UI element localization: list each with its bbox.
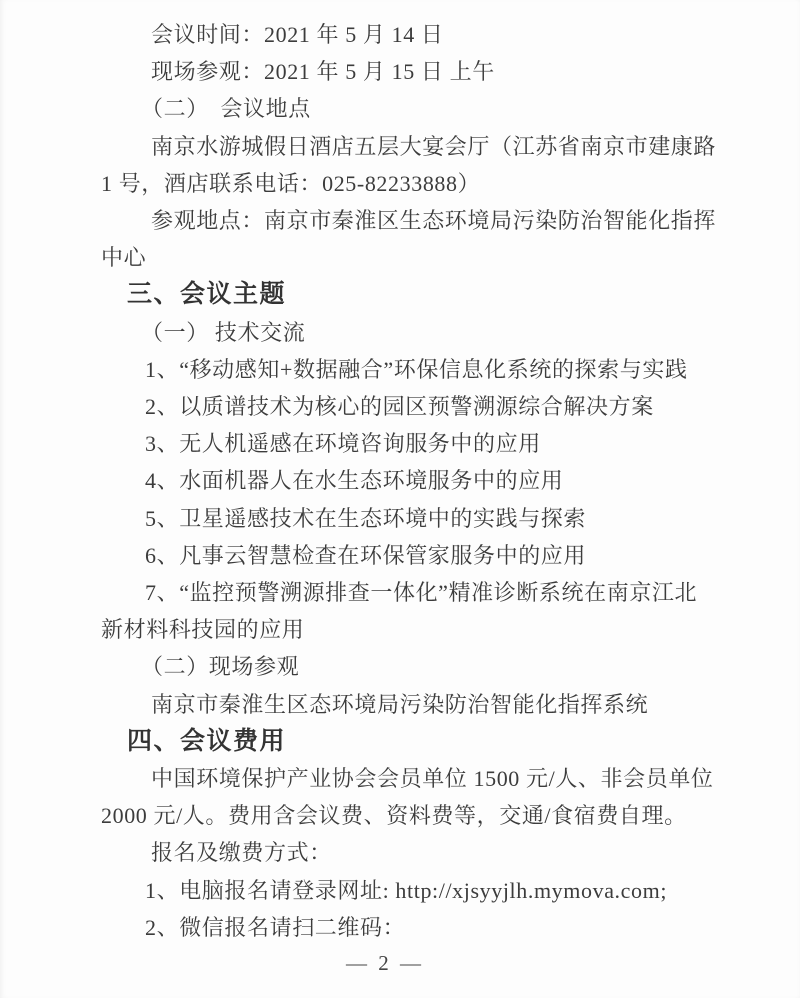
fees-line-1: 中国环境保护产业协会会员单位 1500 元/人、非会员单位 bbox=[101, 760, 770, 797]
page-number: — 2 — bbox=[0, 948, 785, 978]
registration-item-wechat: 2、微信报名请扫二维码： bbox=[101, 909, 770, 946]
registration-item-web: 1、电脑报名请登录网址: http://xjsyyjlh.mymova.com; bbox=[101, 872, 770, 909]
fees-section-heading: 四、会议费用 bbox=[101, 723, 770, 760]
topics-section-heading: 三、会议主题 bbox=[101, 276, 770, 313]
topic-item-4: 4、水面机器人在水生态环境服务中的应用 bbox=[101, 462, 770, 499]
visit-location-line-1: 参观地点：南京市秦淮区生态环境局污染防治智能化指挥 bbox=[101, 202, 770, 239]
fees-line-2: 2000 元/人。费用含会议费、资料费等，交通/食宿费自理。 bbox=[101, 797, 770, 834]
site-visit-target-line: 南京市秦淮生区态环境局污染防治智能化指挥系统 bbox=[101, 686, 770, 723]
venue-line-2: 1 号，酒店联系电话：025-82233888） bbox=[101, 165, 770, 202]
tech-exchange-subheading: （一） 技术交流 bbox=[101, 314, 770, 351]
topic-item-3: 3、无人机遥感在环境咨询服务中的应用 bbox=[101, 425, 770, 462]
site-visit-time-line: 现场参观：2021 年 5 月 15 日 上午 bbox=[101, 53, 770, 90]
venue-line-1: 南京水游城假日酒店五层大宴会厅（江苏省南京市建康路 bbox=[101, 128, 770, 165]
topic-item-7-line-1: 7、“监控预警溯源排查一体化”精准诊断系统在南京江北 bbox=[101, 574, 770, 611]
site-visit-subheading: （二）现场参观 bbox=[101, 648, 770, 685]
document-body: 会议时间：2021 年 5 月 14 日 现场参观：2021 年 5 月 15 … bbox=[101, 16, 770, 946]
visit-location-line-2: 中心 bbox=[101, 239, 770, 276]
topic-item-7-line-2: 新材料科技园的应用 bbox=[101, 611, 770, 648]
registration-method-line: 报名及缴费方式： bbox=[101, 834, 770, 871]
document-page: 会议时间：2021 年 5 月 14 日 现场参观：2021 年 5 月 15 … bbox=[0, 0, 800, 998]
topic-item-2: 2、以质谱技术为核心的园区预警溯源综合解决方案 bbox=[101, 388, 770, 425]
topic-item-5: 5、卫星遥感技术在生态环境中的实践与探索 bbox=[101, 500, 770, 537]
venue-subheading: （二） 会议地点 bbox=[101, 90, 770, 127]
topic-item-6: 6、凡事云智慧检查在环保管家服务中的应用 bbox=[101, 537, 770, 574]
topic-item-1: 1、“移动感知+数据融合”环保信息化系统的探索与实践 bbox=[101, 351, 770, 388]
meeting-time-line: 会议时间：2021 年 5 月 14 日 bbox=[101, 16, 770, 53]
